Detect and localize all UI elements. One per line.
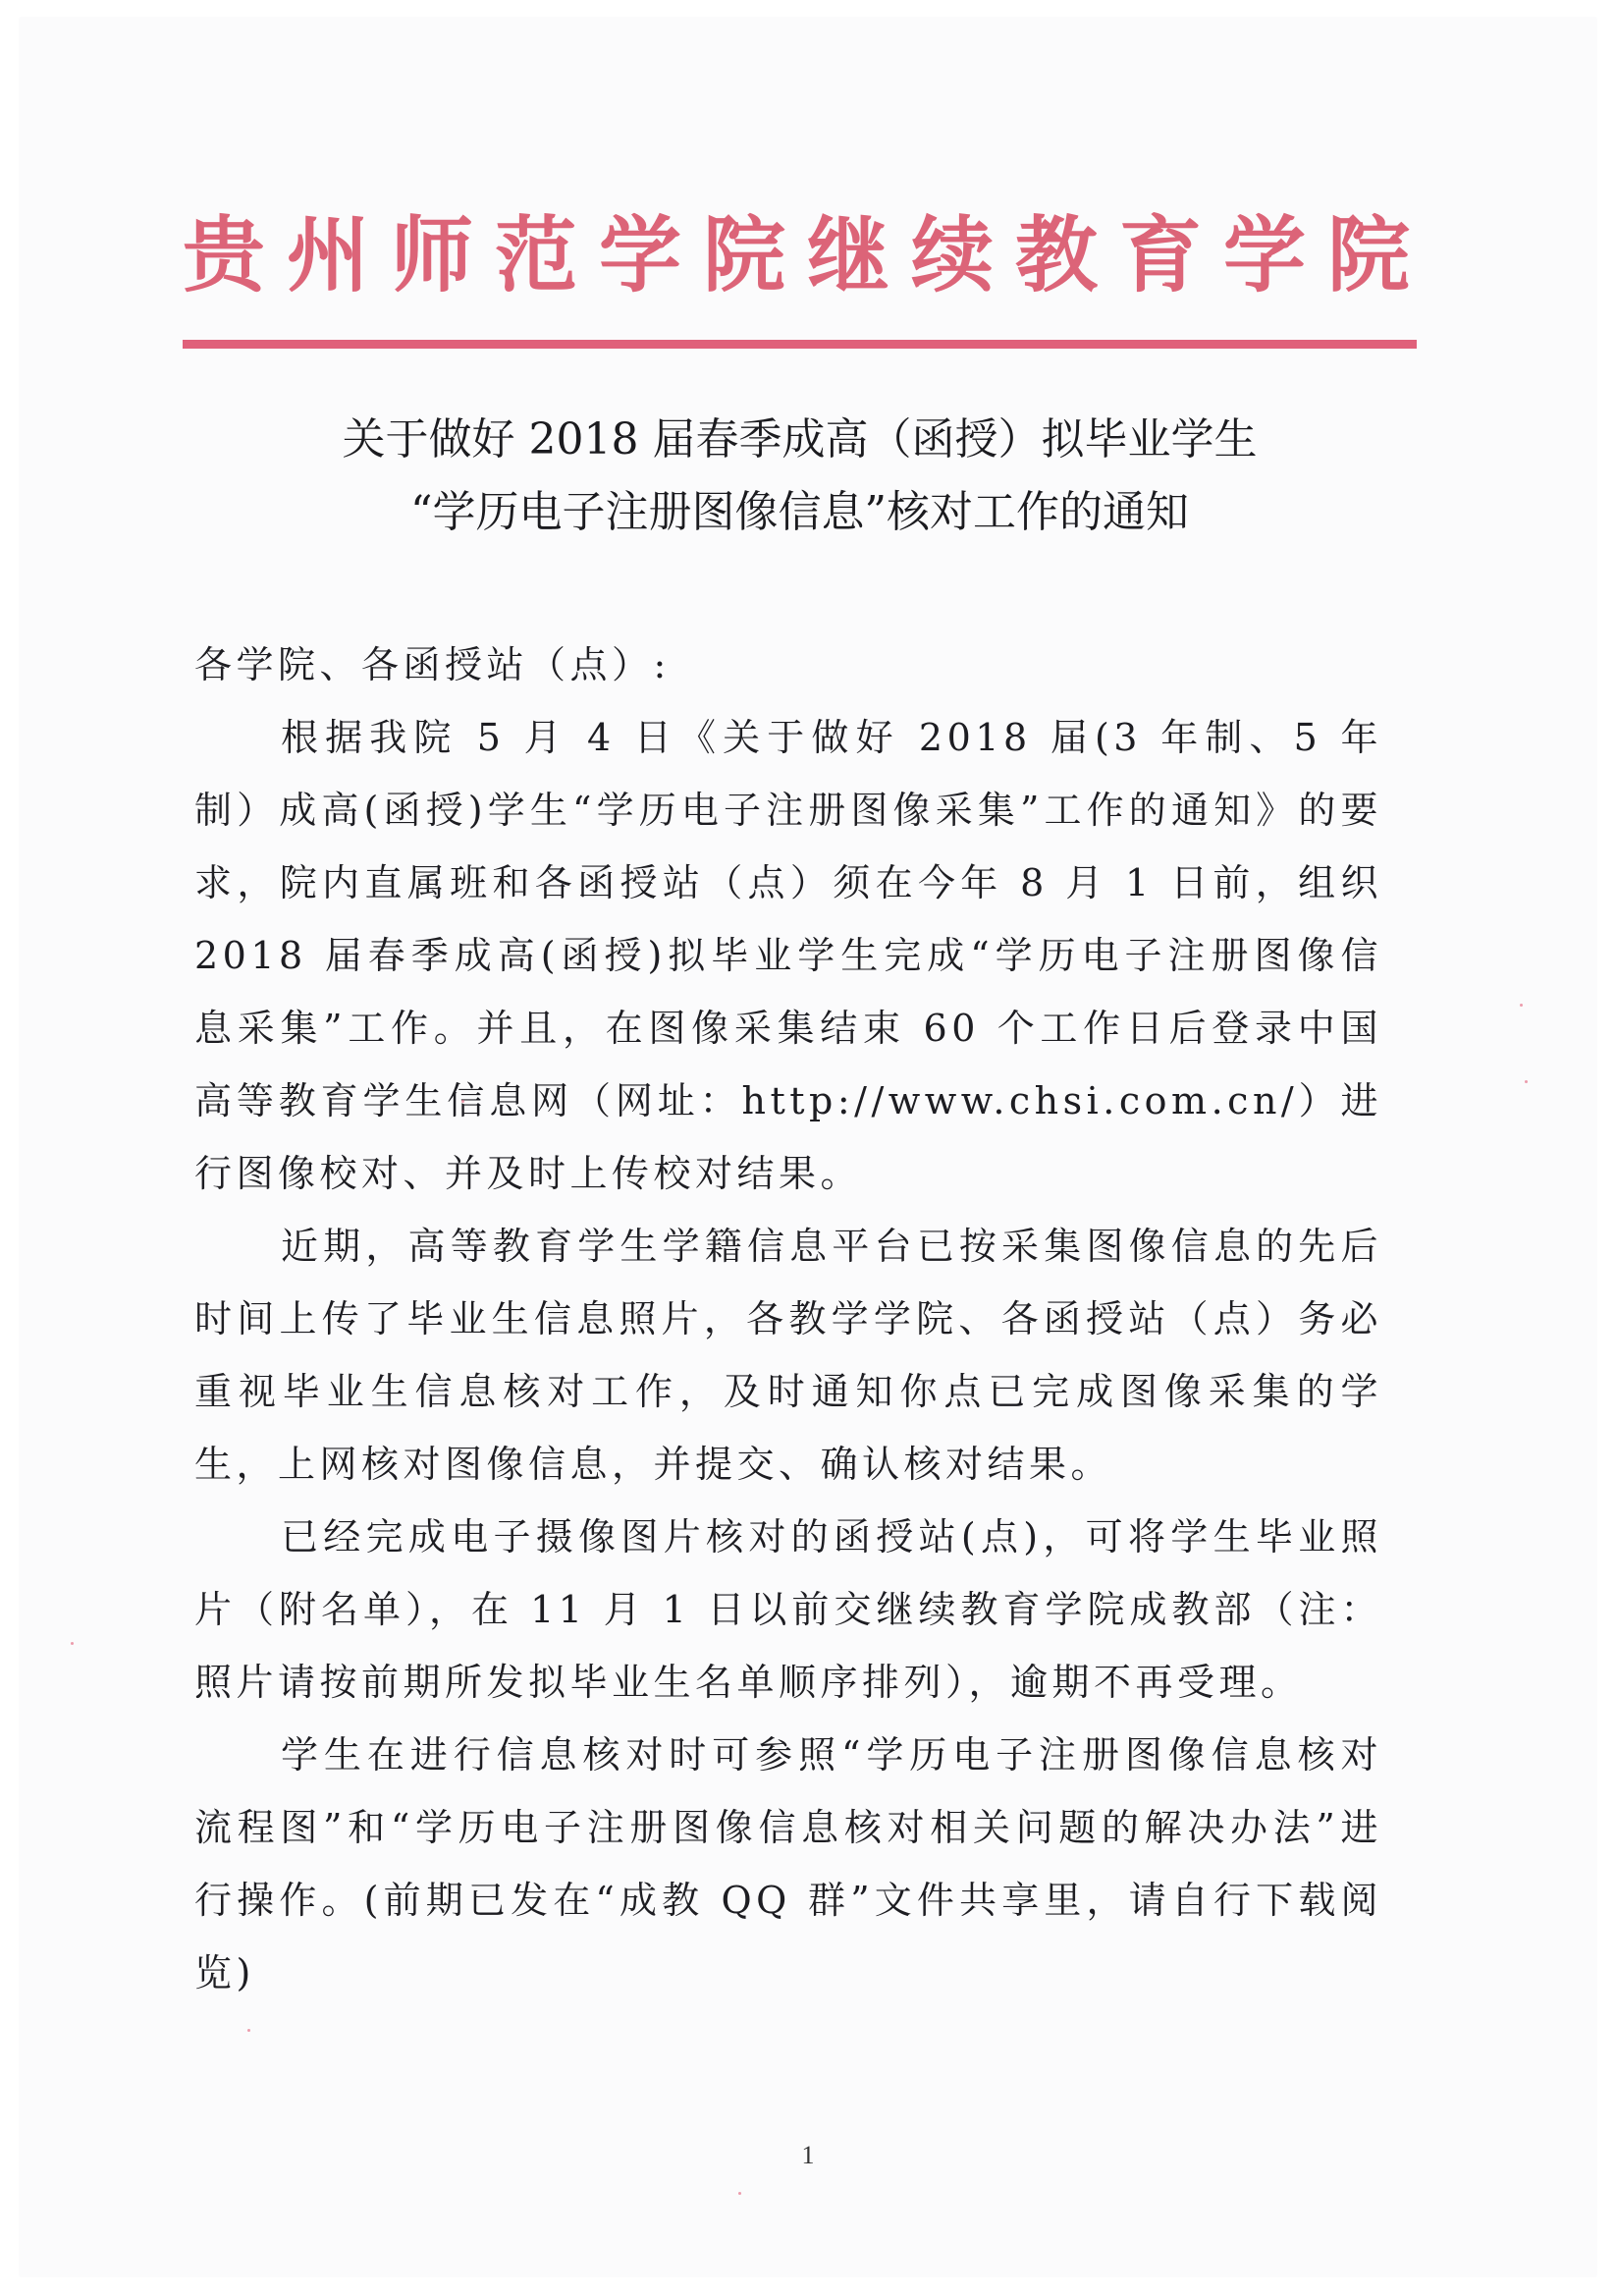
notice-title-line-2: “学历电子注册图像信息”核对工作的通知: [183, 483, 1417, 542]
page-number: 1: [0, 2141, 1616, 2170]
paragraph-reference-materials: 学生在进行信息核对时可参照“学历电子注册图像信息核对流程图”和“学历电子注册图像…: [194, 1719, 1382, 2009]
scan-speck: [1525, 1080, 1528, 1083]
salutation: 各学院、各函授站（点）:: [194, 629, 1382, 701]
letterhead-red-rule: [183, 340, 1417, 349]
paragraph-requirements: 根据我院 5 月 4 日《关于做好 2018 届(3 年制、5 年制）成高(函授…: [194, 701, 1382, 1210]
notice-title-line-1: 关于做好 2018 届春季成高（函授）拟毕业学生: [183, 410, 1417, 469]
scan-speck: [71, 1642, 74, 1645]
scan-speck: [1520, 1004, 1523, 1007]
scan-speck: [247, 2029, 250, 2032]
notice-body: 各学院、各函授站（点）: 根据我院 5 月 4 日《关于做好 2018 届(3 …: [194, 629, 1382, 2009]
scan-speck: [461, 1100, 464, 1103]
paragraph-photo-submission: 已经完成电子摄像图片核对的函授站(点)，可将学生毕业照片（附名单），在 11 月…: [194, 1501, 1382, 1719]
letterhead-organization: 贵州师范学院继续教育学院: [183, 201, 1417, 309]
paragraph-verification: 近期，高等教育学生学籍信息平台已按采集图像信息的先后时间上传了毕业生信息照片，各…: [194, 1210, 1382, 1501]
scan-speck: [738, 2192, 741, 2195]
